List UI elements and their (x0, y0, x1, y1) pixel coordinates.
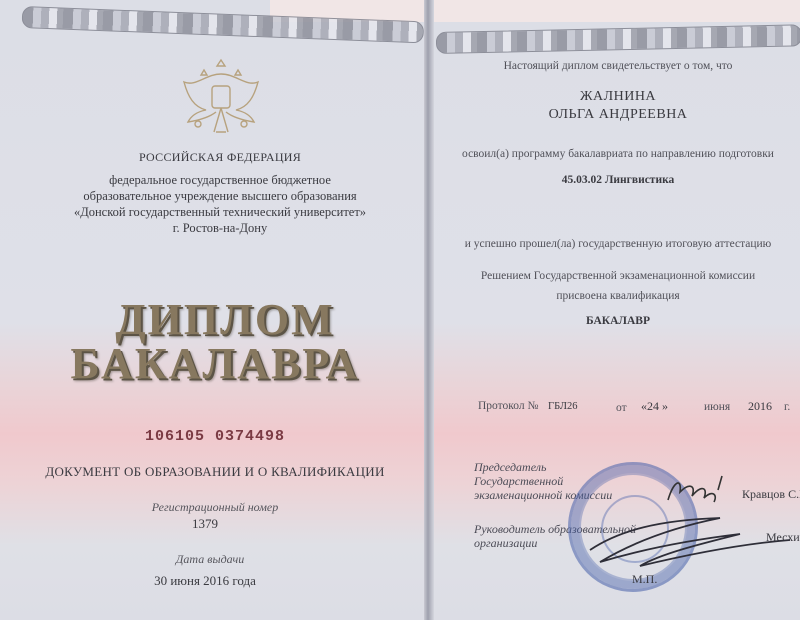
head-signature (580, 510, 800, 580)
protocol-day: «24 » (641, 399, 668, 414)
program-text: освоил(а) программу бакалавриата по напр… (436, 148, 800, 160)
intro-text: Настоящий диплом свидетельствует о том, … (436, 60, 800, 72)
country-name: РОССИЙСКАЯ ФЕДЕРАЦИЯ (0, 150, 440, 165)
commission-text: Решением Государственной экзаменационной… (436, 270, 800, 282)
chairman-label-line-2: Государственной (474, 474, 563, 488)
issue-date: 30 июня 2016 года (0, 573, 410, 589)
issue-date-label: Дата выдачи (0, 552, 420, 567)
attestation-text: и успешно прошел(ла) государственную ито… (436, 238, 800, 250)
chairman-name: Кравцов С.М. (742, 487, 800, 502)
chairman-signature (660, 470, 740, 510)
diploma-title-line-1: ДИПЛОМ (0, 296, 450, 344)
protocol-year-suffix: г. (784, 401, 790, 413)
head-label-line-2: организации (474, 536, 537, 550)
diploma-title-line-2: БАКАЛАВРА (0, 340, 430, 388)
institution-line-1: федеральное государственное бюджетное (0, 172, 440, 188)
russian-coat-of-arms-icon (176, 52, 266, 147)
institution-line-3: «Донской государственный технический уни… (0, 204, 440, 220)
protocol-from: от (616, 402, 627, 414)
qualification-value: БАКАЛАВР (436, 315, 800, 327)
registration-label: Регистрационный номер (0, 500, 430, 515)
document-type: ДОКУМЕНТ ОБ ОБРАЗОВАНИИ И О КВАЛИФИКАЦИИ (0, 464, 430, 480)
protocol-month: июня (704, 401, 730, 413)
protocol-number: ГБЛ26 (548, 401, 577, 412)
protocol-label: Протокол № (478, 400, 538, 412)
chairman-label-line-1: Председатель (474, 460, 546, 474)
institution-line-2: образовательное учреждение высшего образ… (0, 188, 440, 204)
graduate-surname: ЖАЛНИНА (436, 88, 800, 106)
serial-number: 106105 0374498 (0, 428, 430, 445)
institution-city: г. Ростов-на-Дону (0, 220, 440, 236)
program-name: 45.03.02 Лингвистика (436, 174, 800, 186)
graduate-given-names: ОЛЬГА АНДРЕЕВНА (436, 106, 800, 124)
protocol-year: 2016 (748, 399, 772, 414)
qualification-text: присвоена квалификация (436, 290, 800, 302)
registration-number: 1379 (0, 516, 410, 532)
